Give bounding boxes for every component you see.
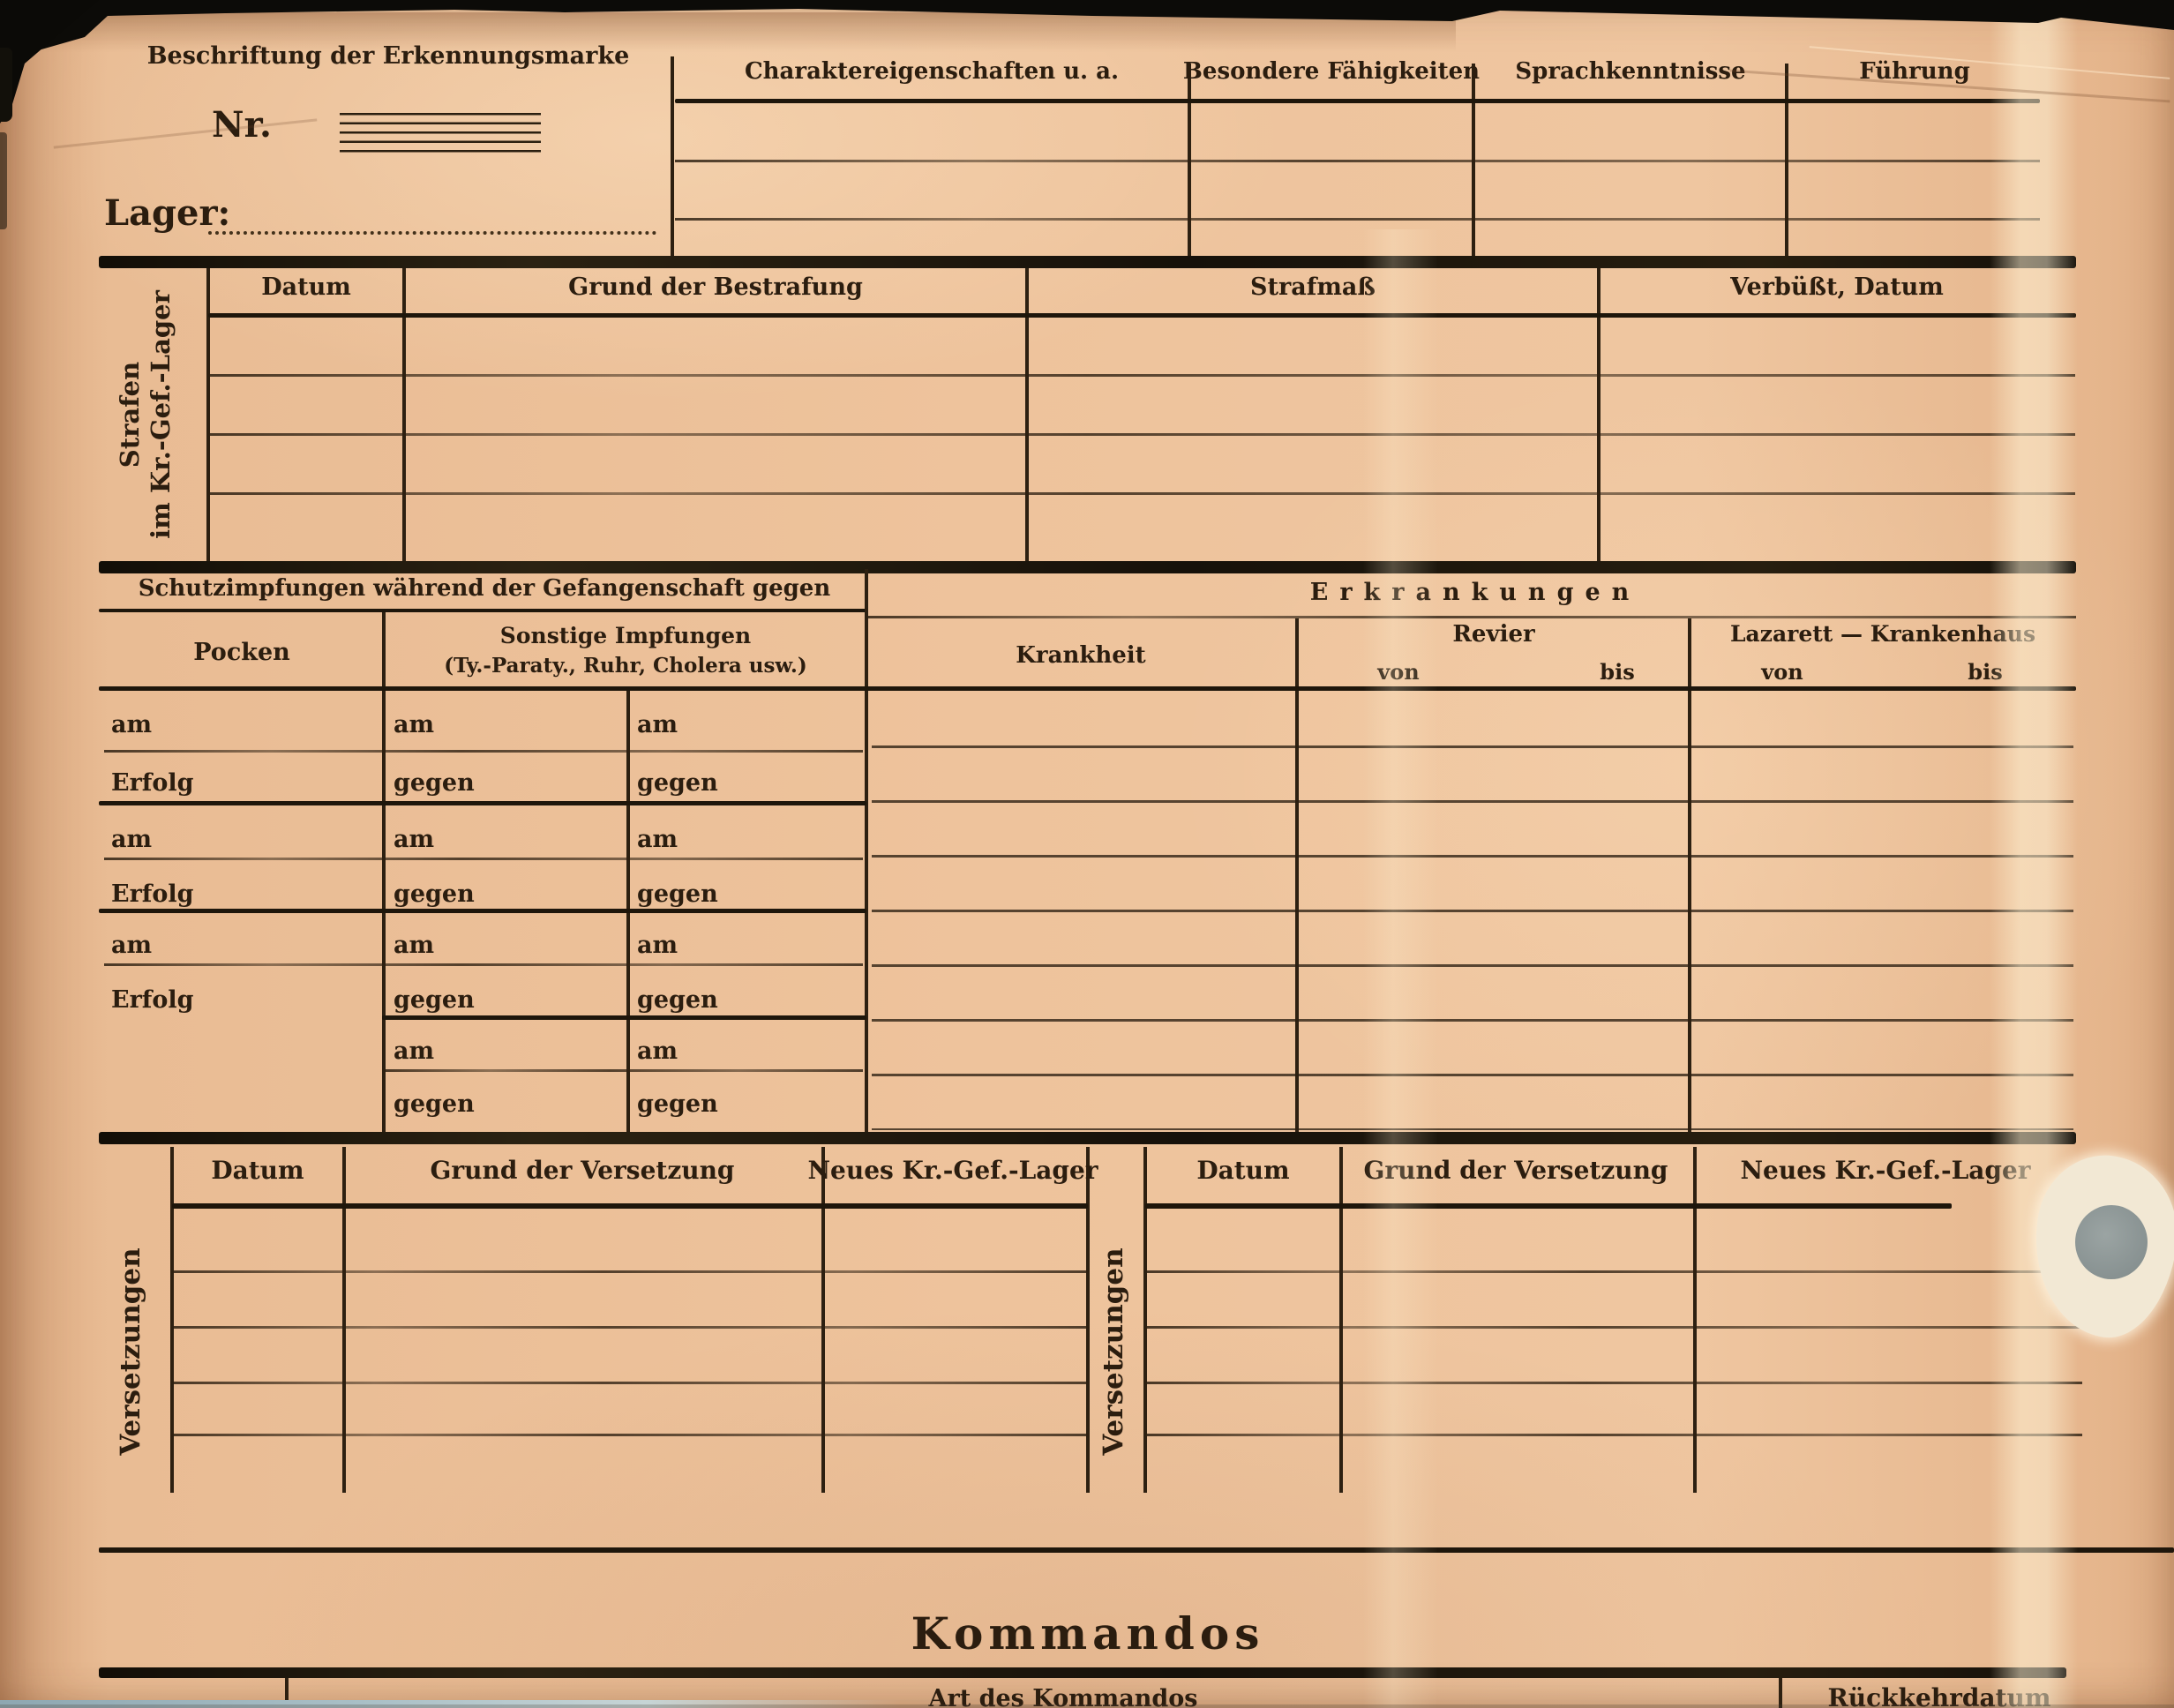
gegen-label: gegen (637, 880, 718, 908)
rule-line (104, 750, 863, 753)
art-des-kommandos-header: Art des Kommandos (929, 1685, 1198, 1708)
divider-line (1086, 1147, 1090, 1493)
rule-line (675, 218, 2040, 221)
sonstige-impfungen-subheader: (Ty.-Paraty., Ruhr, Cholera usw.) (444, 654, 807, 678)
rule-line (99, 686, 2076, 691)
strafen-side-label: Strafen im Kr.-Gef.-Lager (115, 290, 176, 539)
nr-ruled-lines (340, 113, 541, 154)
lazarett-header: Lazarett — Krankenhaus (1730, 621, 2035, 647)
scan-edge-corner (0, 0, 106, 132)
divider-line (1779, 1678, 1782, 1708)
rule-line (1145, 1203, 1952, 1209)
rule-line (382, 1015, 866, 1020)
erfolg-label: Erfolg (111, 880, 194, 908)
divider-line (1339, 1147, 1343, 1493)
divider-line (1143, 1147, 1147, 1493)
torn-paper-patch (2023, 1147, 2174, 1345)
rule-line (208, 313, 2076, 318)
am-label: am (111, 932, 152, 959)
rule-line (210, 374, 2075, 377)
gegen-label: gegen (394, 986, 475, 1014)
rule-line (172, 1203, 1088, 1209)
divider-line (1693, 1147, 1697, 1493)
rule-line (99, 801, 866, 805)
vers-left-datum-header: Datum (211, 1156, 304, 1185)
rule-line (210, 492, 2075, 495)
rule-line (675, 99, 2040, 103)
rule-line (99, 609, 866, 612)
strafen-side-line1: Strafen (115, 290, 146, 539)
strafen-verbuesst-header: Verbüßt, Datum (1730, 273, 1944, 301)
erfolg-label: Erfolg (111, 986, 194, 1014)
rule-line (1147, 1434, 2082, 1436)
erkrankungen-title: Erkrankungen (1310, 579, 1641, 606)
revier-von-label: von (1377, 659, 1419, 685)
sonstige-impfungen-header: Sonstige Impfungen (500, 623, 751, 648)
punch-hole (2075, 1205, 2148, 1279)
am-label: am (637, 1038, 678, 1065)
col-sprachen-header: Sprachkenntnisse (1515, 58, 1745, 85)
crease-line (54, 118, 318, 148)
versetzungen-side-label: Versetzungen (115, 1247, 146, 1455)
am-label: am (111, 711, 152, 738)
erkennungsmarke-label: Beschriftung der Erkennungsmarke (147, 42, 630, 70)
vers-left-grund-header: Grund der Versetzung (430, 1156, 734, 1185)
rule-line (174, 1382, 1088, 1384)
lager-dotted-line (208, 196, 656, 235)
am-label: am (637, 711, 678, 738)
divider-line (865, 569, 868, 1132)
rule-line (104, 858, 863, 860)
vers-right-grund-header: Grund der Versetzung (1363, 1156, 1668, 1185)
strafen-grund-header: Grund der Bestrafung (568, 273, 863, 301)
revier-bis-label: bis (1600, 659, 1634, 685)
am-label: am (394, 932, 434, 959)
col-faehigkeiten-header: Besondere Fähigkeiten (1183, 58, 1480, 85)
rule-line (104, 963, 863, 966)
rule-line (675, 160, 2040, 162)
gegen-label: gegen (394, 880, 475, 908)
vers-right-neues-header: Neues Kr.-Gef.-Lager (1740, 1156, 2030, 1185)
pocken-header: Pocken (193, 639, 290, 666)
col-charakter-header: Charaktereigenschaften u. a. (745, 58, 1119, 85)
impfungen-title: Schutzimpfungen während der Gefangenscha… (139, 575, 831, 602)
gegen-label: gegen (637, 1090, 718, 1118)
am-label: am (394, 1038, 434, 1065)
am-label: am (394, 711, 434, 738)
divider-line (342, 1147, 346, 1493)
rule-line (174, 1434, 1088, 1436)
divider-line (170, 1147, 174, 1493)
scan-edge-left-mark (0, 132, 7, 229)
rule-line (1147, 1270, 2082, 1273)
versetzungen-side-label: Versetzungen (1098, 1247, 1129, 1455)
gegen-label: gegen (637, 769, 718, 797)
rule-line (1147, 1326, 2082, 1329)
scan-edge-left-mark (0, 48, 12, 122)
lazarett-bis-label: bis (1968, 659, 2002, 685)
rule-line (99, 909, 866, 913)
section-band (99, 561, 2076, 573)
strafen-side-line2: im Kr.-Gef.-Lager (146, 290, 176, 539)
strafen-datum-header: Datum (261, 273, 351, 301)
strafen-strafmass-header: Strafmaß (1250, 273, 1376, 301)
lazarett-von-label: von (1761, 659, 1803, 685)
rule-line (174, 1326, 1088, 1329)
pow-record-card-scan: Beschriftung der Erkennungsmarke Nr. Lag… (0, 0, 2174, 1708)
am-label: am (637, 826, 678, 853)
am-label: am (394, 826, 434, 853)
gegen-label: gegen (394, 769, 475, 797)
am-label: am (111, 826, 152, 853)
vers-right-datum-header: Datum (1196, 1156, 1289, 1185)
section-band (99, 1132, 2076, 1144)
kommandos-title: Kommandos (911, 1607, 1265, 1659)
vers-left-neues-header: Neues Kr.-Gef.-Lager (807, 1156, 1098, 1185)
rule-line (386, 1069, 863, 1072)
gegen-label: gegen (637, 986, 718, 1014)
erfolg-label: Erfolg (111, 769, 194, 797)
scan-edge-bottom-strip (0, 1700, 900, 1708)
erkrankungen-ruled-rows (872, 693, 2073, 1130)
section-band (99, 1667, 2066, 1678)
rule-line (866, 616, 2076, 618)
col-fuehrung-header: Führung (1859, 58, 1970, 85)
krankheit-header: Krankheit (1016, 642, 1145, 669)
nr-label: Nr. (212, 104, 272, 146)
divider-line (821, 1147, 825, 1493)
rule-line (210, 433, 2075, 436)
rule-line (99, 1547, 2174, 1553)
section-band (99, 256, 2076, 268)
rueckkehrdatum-header: Rückkehrdatum (1827, 1683, 2050, 1708)
divider-line (671, 56, 674, 259)
gegen-label: gegen (394, 1090, 475, 1118)
rule-line (1147, 1382, 2082, 1384)
am-label: am (637, 932, 678, 959)
rule-line (174, 1270, 1088, 1273)
divider-line (285, 1678, 289, 1708)
revier-header: Revier (1452, 621, 1534, 648)
